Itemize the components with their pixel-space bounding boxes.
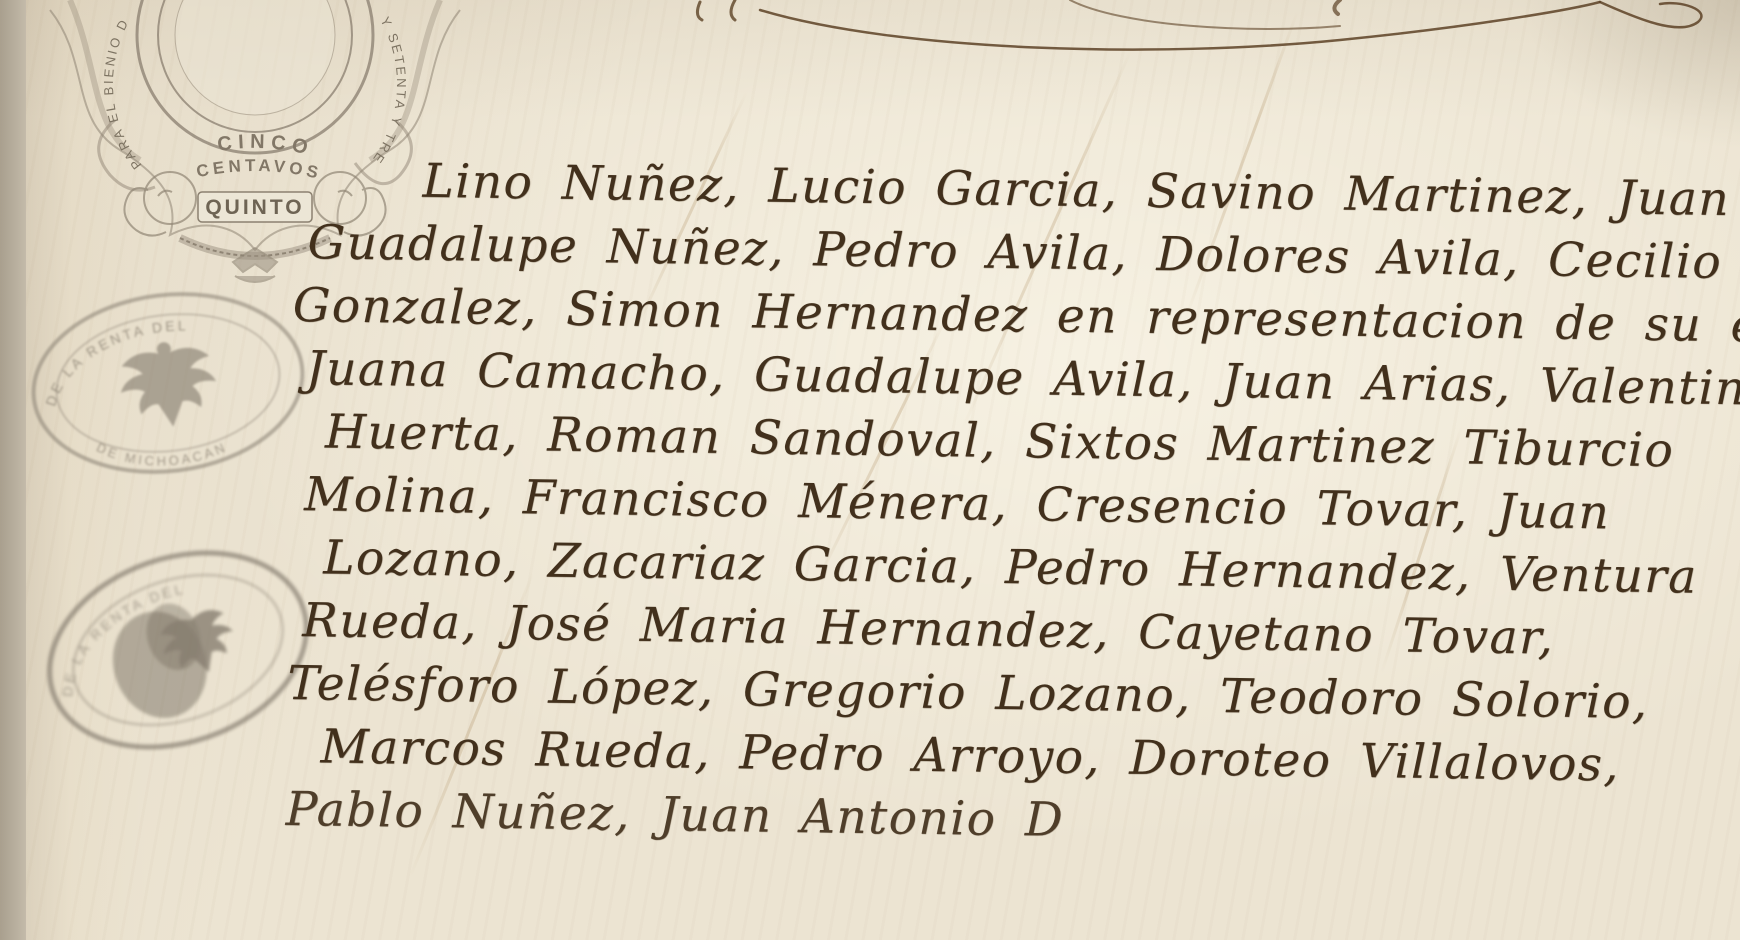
page-left-edge: [0, 0, 26, 940]
manuscript-text-block: Lino Nuñez, Lucio Garcia, Savino Martine…: [285, 148, 1740, 861]
scanned-document-page: { "page": { "paper_color": "#ece4d2", "e…: [0, 0, 1740, 940]
signature-flourish: [640, 0, 1740, 70]
ink-stamp-michoacan-1: DE LA RENTA DEL DE MICHOACAN: [7, 265, 329, 500]
revenue-stamp-quinto: QUINTO: [205, 196, 304, 219]
